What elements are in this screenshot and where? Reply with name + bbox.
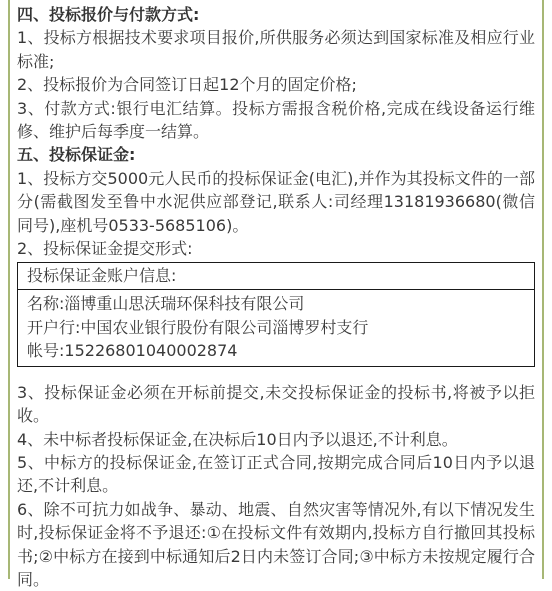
clause-5-6: 6、除不可抗力如战争、暴动、地震、自然灾害等情况外,有以下情况发生时,投标保证金…	[17, 498, 535, 579]
section-bid-price-payment: 四、投标报价与付款方式: 1、投标方根据技术要求项目报价,所供服务必须达到国家标…	[17, 3, 535, 143]
account-row-name-value: 淄博重山思沃瑞环保科技有限公司	[64, 294, 304, 313]
bid-bond-account-table: 投标保证金账户信息: 名称:淄博重山思沃瑞环保科技有限公司 开户行:中国农业银行…	[17, 262, 535, 366]
account-row-number-value: 15226801040002874	[64, 341, 237, 360]
account-row-number-label: 帐号:	[27, 341, 64, 360]
account-table-header: 投标保证金账户信息:	[18, 263, 534, 290]
clause-4-1: 1、投标方根据技术要求项目报价,所供服务必须达到国家标准及相应行业标准;	[17, 26, 535, 73]
clause-4-3: 3、付款方式:银行电汇结算。投标方需报含税价格,完成在线设备运行维修、维护后每季…	[17, 97, 535, 144]
account-row-name: 名称:淄博重山思沃瑞环保科技有限公司	[27, 292, 525, 315]
clause-5-3: 3、投标保证金必须在开标前提交,未交投标保证金的投标书,将被予以拒收。	[17, 381, 535, 428]
clause-5-2: 2、投标保证金提交形式:	[17, 237, 535, 260]
account-table-body: 名称:淄博重山思沃瑞环保科技有限公司 开户行:中国农业银行股份有限公司淄博罗村支…	[18, 290, 534, 365]
section-bid-bond: 五、投标保证金: 1、投标方交5000元人民币的投标保证金(电汇),并作为其投标…	[17, 143, 535, 579]
account-row-name-label: 名称:	[27, 294, 64, 313]
account-row-number: 帐号:15226801040002874	[27, 339, 525, 362]
clause-5-4: 4、未中标者投标保证金,在决标后10日内予以退还,不计利息。	[17, 428, 535, 451]
section-heading-4: 四、投标报价与付款方式:	[17, 3, 535, 26]
clause-5-5: 5、中标方的投标保证金,在签订正式合同,按期完成合同后10日内予以退还,不计利息…	[17, 451, 535, 498]
account-row-bank-value: 中国农业银行股份有限公司淄博罗村支行	[80, 318, 368, 337]
section-heading-5: 五、投标保证金:	[17, 143, 535, 166]
document-page: 四、投标报价与付款方式: 1、投标方根据技术要求项目报价,所供服务必须达到国家标…	[8, 0, 544, 579]
account-row-bank: 开户行:中国农业银行股份有限公司淄博罗村支行	[27, 316, 525, 339]
account-row-bank-label: 开户行:	[27, 318, 80, 337]
clause-5-1: 1、投标方交5000元人民币的投标保证金(电汇),并作为其投标文件的一部分(需截…	[17, 167, 535, 237]
clause-4-2: 2、投标报价为合同签订日起12个月的固定价格;	[17, 73, 535, 96]
